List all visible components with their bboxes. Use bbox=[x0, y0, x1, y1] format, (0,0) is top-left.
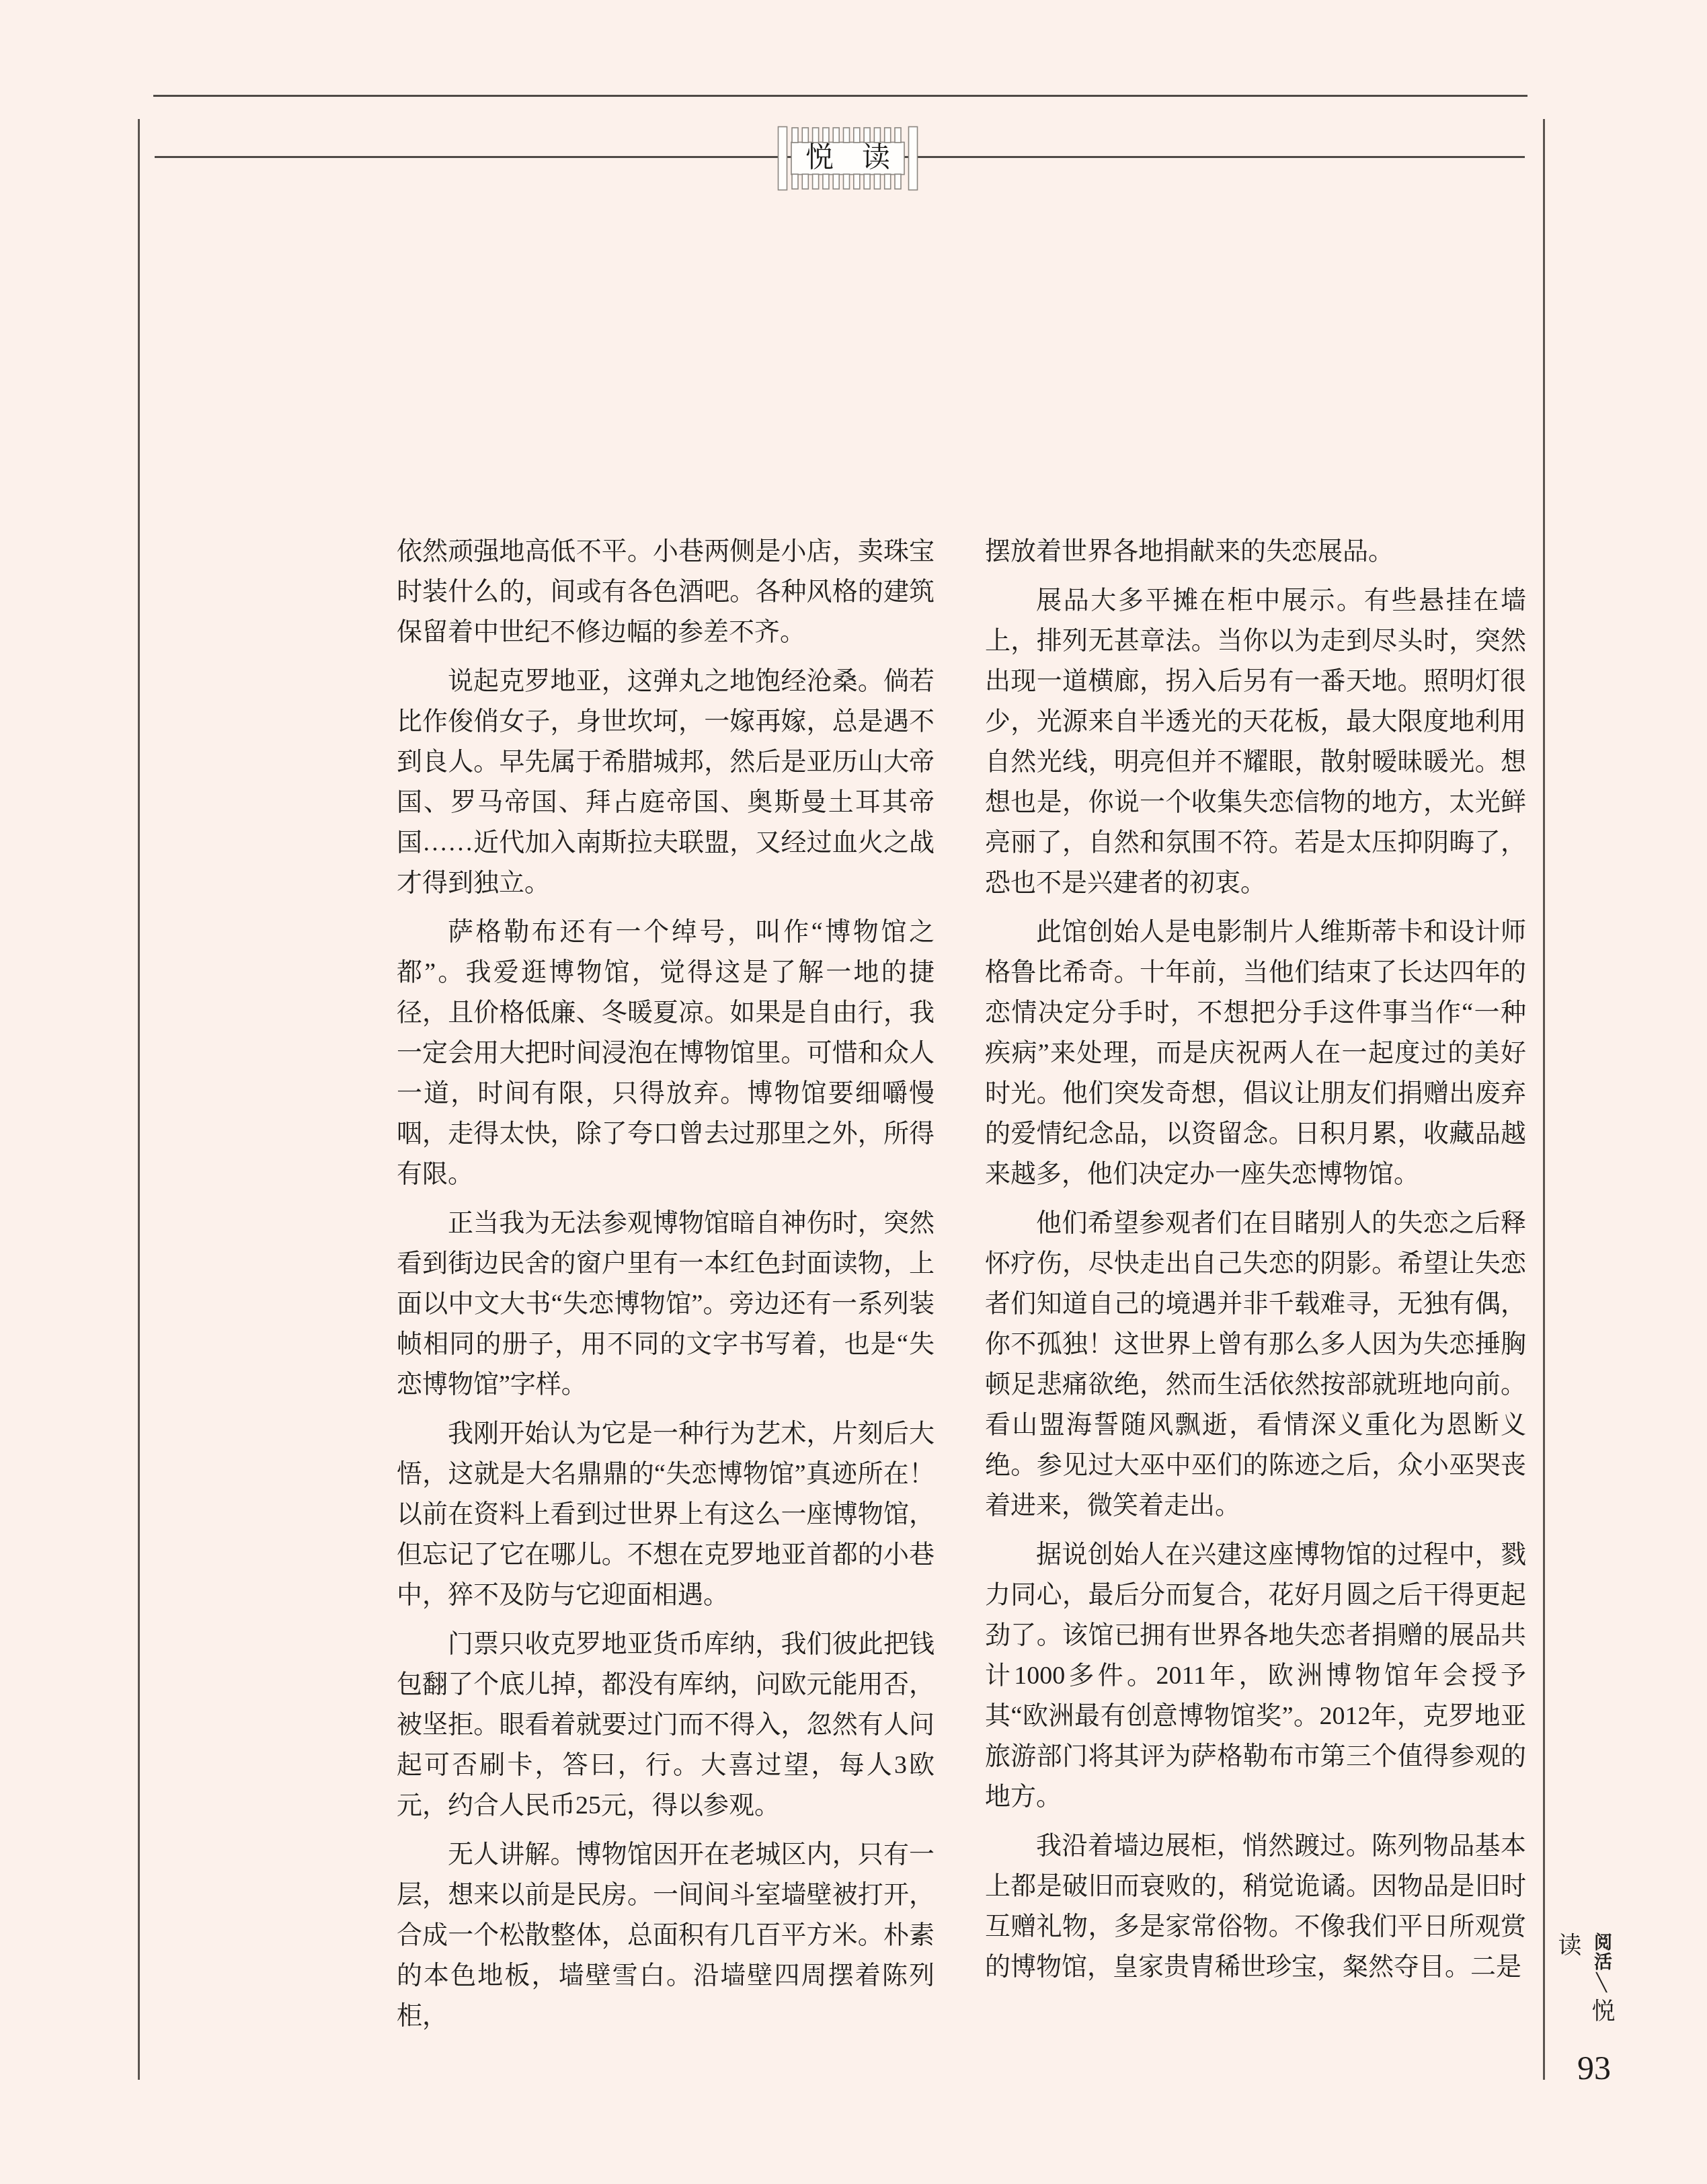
margin-rule-right bbox=[1543, 119, 1545, 2080]
page-number: 93 bbox=[1570, 2048, 1618, 2087]
header-rule-top bbox=[153, 95, 1527, 97]
body-paragraph: 门票只收克罗地亚货币库纳，我们彼此把钱包翻了个底儿掉，都没有库纳，问欧元能用否，… bbox=[397, 1624, 935, 1826]
sidebar-category-small: 阅活 bbox=[1591, 1933, 1612, 1972]
body-paragraph: 展品大多平摊在柜中展示。有些悬挂在墙上，排列无甚章法。当你以为走到尽头时，突然出… bbox=[985, 580, 1526, 903]
sidebar-section-label: 阅活╲悦读 bbox=[1570, 1933, 1618, 2050]
body-paragraph: 摆放着世界各地捐献来的失恋展品。 bbox=[985, 531, 1526, 572]
article-body: 依然顽强地高低不平。小巷两侧是小店，卖珠宝时装什么的，间或有各色酒吧。各种风格的… bbox=[397, 531, 1526, 2036]
body-paragraph: 说起克罗地亚，这弹丸之地饱经沧桑。倘若比作俊俏女子，身世坎坷，一嫁再嫁，总是遇不… bbox=[397, 661, 935, 903]
margin-rule-left bbox=[138, 119, 140, 2080]
body-paragraph: 无人讲解。博物馆因开在老城区内，只有一层，想来以前是民房。一间间斗室墙壁被打开，… bbox=[397, 1834, 935, 2036]
sidebar-separator-slash: ╲ bbox=[1592, 1973, 1612, 1993]
magazine-page: 悦 读 依然顽强地高低不平。小巷两侧是小店，卖珠宝时装什么的，间或有各色酒吧。各… bbox=[0, 0, 1707, 2184]
body-paragraph: 依然顽强地高低不平。小巷两侧是小店，卖珠宝时装什么的，间或有各色酒吧。各种风格的… bbox=[397, 531, 935, 652]
body-paragraph: 我沿着墙边展柜，悄然踱过。陈列物品基本上都是破旧而衰败的，稍觉诡谲。因物品是旧时… bbox=[985, 1826, 1526, 1987]
section-badge-label: 悦 读 bbox=[787, 141, 908, 175]
section-badge: 悦 读 bbox=[777, 126, 918, 191]
body-paragraph: 据说创始人在兴建这座博物馆的过程中，戮力同心，最后分而复合，花好月圆之后干得更起… bbox=[985, 1534, 1526, 1817]
text-column-right: 摆放着世界各地捐献来的失恋展品。展品大多平摊在柜中展示。有些悬挂在墙上，排列无甚… bbox=[985, 531, 1526, 2036]
body-paragraph: 正当我为无法参观博物馆暗自神伤时，突然看到街边民舍的窗户里有一本红色封面读物，上… bbox=[397, 1203, 935, 1405]
body-paragraph: 此馆创始人是电影制片人维斯蒂卡和设计师格鲁比希奇。十年前，当他们结束了长达四年的… bbox=[985, 912, 1526, 1194]
text-column-left: 依然顽强地高低不平。小巷两侧是小店，卖珠宝时装什么的，间或有各色酒吧。各种风格的… bbox=[397, 531, 935, 2036]
body-paragraph: 他们希望参观者们在目睹别人的失恋之后释怀疗伤，尽快走出自己失恋的阴影。希望让失恋… bbox=[985, 1203, 1526, 1526]
body-paragraph: 萨格勒布还有一个绰号，叫作“博物馆之都”。我爱逛博物馆，觉得这是了解一地的捷径，… bbox=[397, 912, 935, 1194]
body-paragraph: 我刚开始认为它是一种行为艺术，片刻后大悟，这就是大名鼎鼎的“失恋博物馆”真迹所在… bbox=[397, 1413, 935, 1615]
